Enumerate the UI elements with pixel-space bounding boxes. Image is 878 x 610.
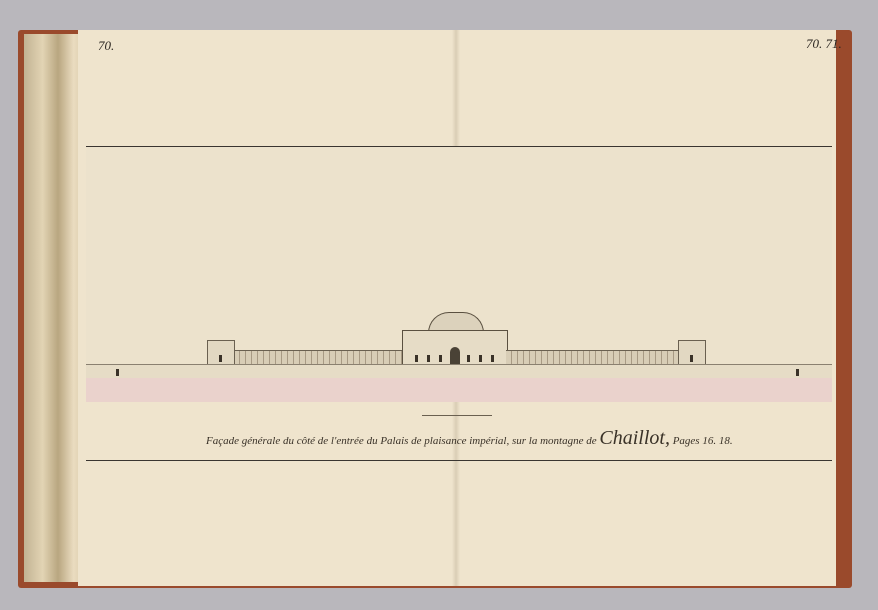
left-page-number: 70. <box>98 38 114 54</box>
drawing-caption: Façade générale du côté de l'entrée du P… <box>206 427 733 450</box>
caption-prefix: Façade générale du côté de l'entrée du P… <box>206 435 597 447</box>
page-stack-edge <box>24 34 86 582</box>
window <box>479 355 482 362</box>
window <box>439 355 442 362</box>
right-page-number: 70. 71. <box>806 36 842 52</box>
scale-bar <box>422 415 492 416</box>
window <box>116 369 119 376</box>
window <box>690 355 693 362</box>
ground-wash <box>86 378 832 402</box>
window <box>491 355 494 362</box>
window <box>219 355 222 362</box>
central-arch <box>450 347 460 365</box>
caption-place: Chaillot, <box>599 427 670 449</box>
window <box>427 355 430 362</box>
window <box>796 369 799 376</box>
window <box>467 355 470 362</box>
caption-suffix: Pages 16. 18. <box>673 435 733 447</box>
window <box>415 355 418 362</box>
